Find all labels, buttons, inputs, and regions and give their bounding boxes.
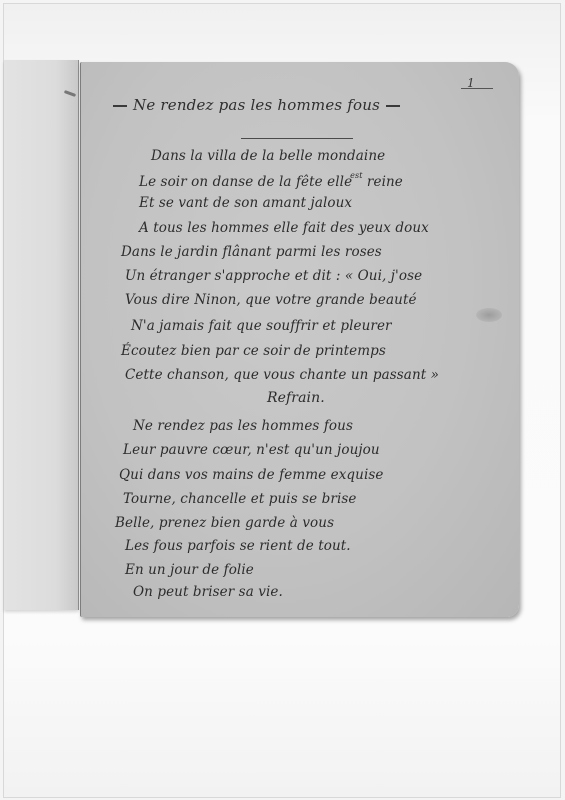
refrain-line: Tourne, chancelle et puis se brise <box>123 491 356 507</box>
ink-mark <box>64 90 76 97</box>
refrain-block: Ne rendez pas les hommes fous Leur pauvr… <box>81 62 519 617</box>
left-facing-page <box>4 60 79 610</box>
refrain-line: Qui dans vos mains de femme exquise <box>119 467 384 483</box>
refrain-line: On peut briser sa vie. <box>133 584 283 600</box>
refrain-line: En un jour de folie <box>125 562 254 578</box>
refrain-line: Les fous parfois se rient de tout. <box>125 538 351 554</box>
refrain-line: Ne rendez pas les hommes fous <box>133 418 353 434</box>
notebook-page: 1 Ne rendez pas les hommes fous Dans la … <box>80 62 519 617</box>
refrain-line: Leur pauvre cœur, n'est qu'un joujou <box>123 442 380 458</box>
refrain-line: Belle, prenez bien garde à vous <box>115 515 334 531</box>
